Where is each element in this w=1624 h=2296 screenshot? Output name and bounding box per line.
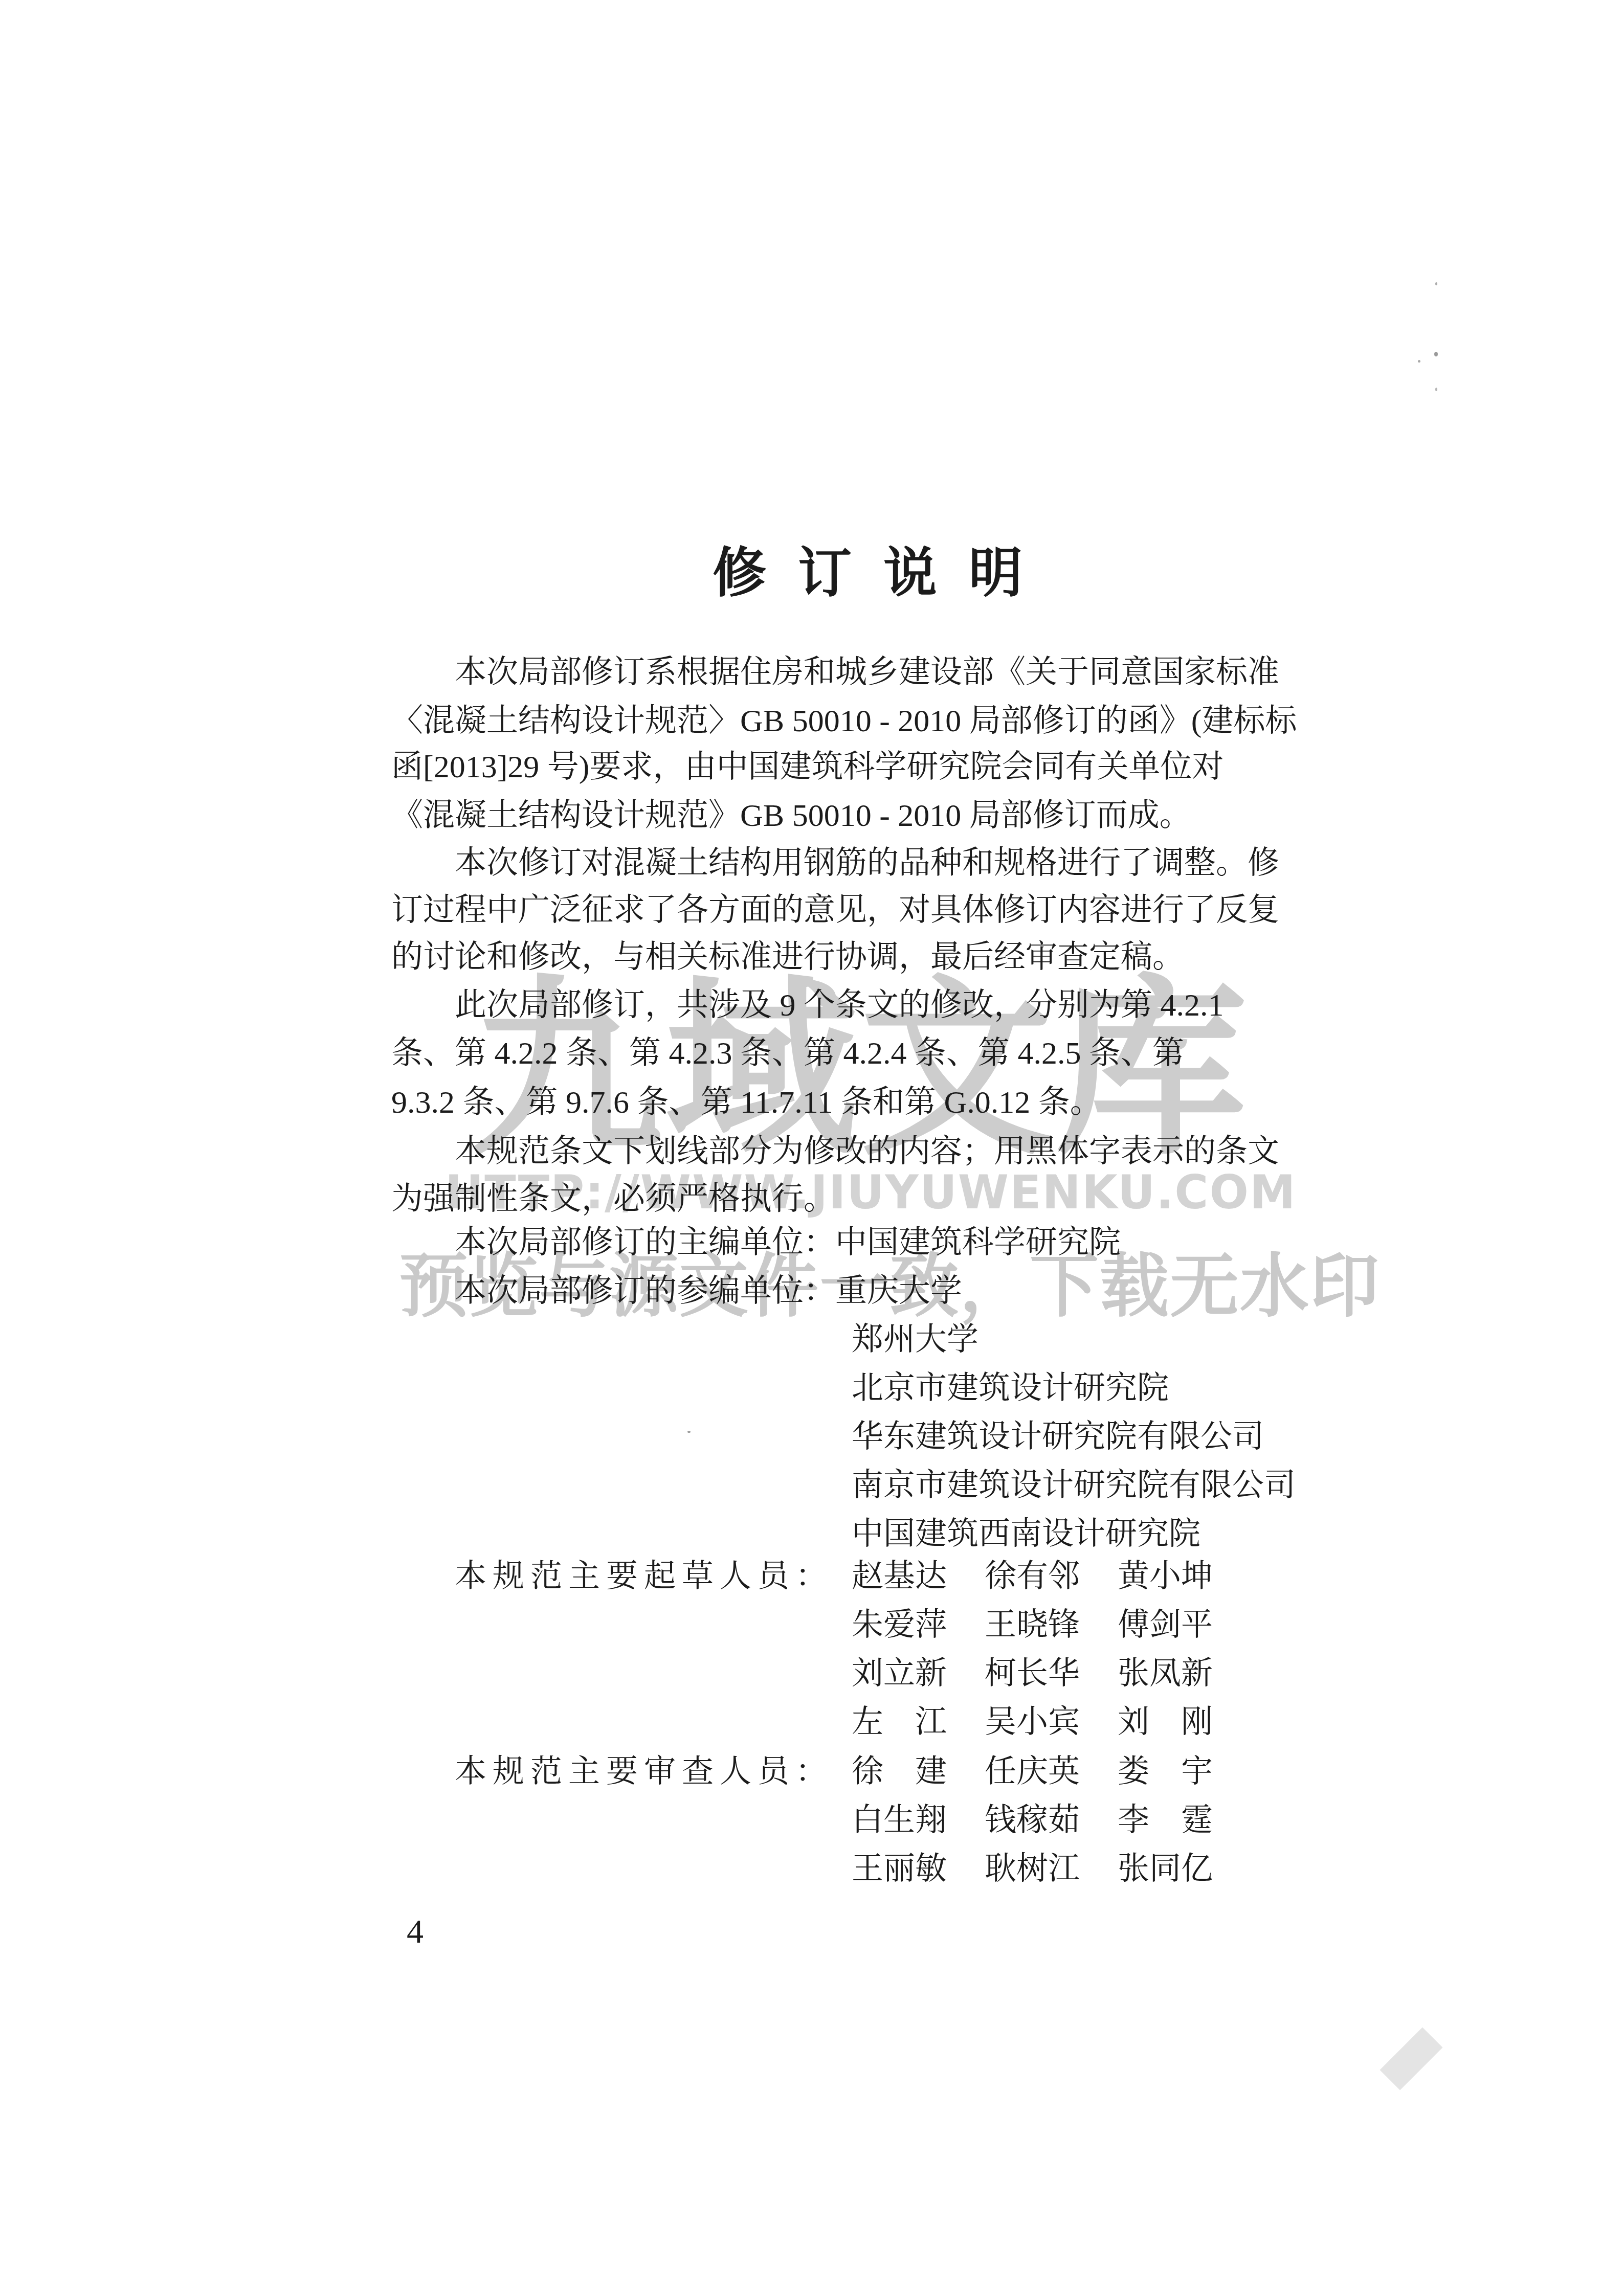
drafter-name: 柯长华 <box>985 1658 1080 1690</box>
paragraph-line: 为强制性条文，必须严格执行。 <box>391 1183 835 1215</box>
reviewer-name: 任庆英 <box>985 1756 1080 1788</box>
drafter-name: 王晓锋 <box>985 1609 1080 1641</box>
reviewer-name: 王丽敏 <box>852 1853 947 1885</box>
reviewer-name: 徐 建 <box>852 1756 947 1788</box>
drafter-name: 赵基达 <box>852 1561 947 1592</box>
paragraph-line: 〈混凝土结构设计规范〉GB 50010 - 2010 局部修订的函》(建标标 <box>391 705 1297 737</box>
reviewer-name: 张同亿 <box>1118 1853 1213 1885</box>
page-number: 4 <box>407 1915 424 1949</box>
drafter-name: 徐有邻 <box>985 1561 1080 1592</box>
paragraph-line: 本次局部修订系根据住房和城乡建设部《关于同意国家标准 <box>455 657 1279 688</box>
document-page: 九域文库 HTTP://WWW.JIUYUWENKU.COM 预览与源文件一致，… <box>0 0 1624 2296</box>
reviewer-name: 白生翔 <box>852 1805 947 1836</box>
org-item: 中国建筑西南设计研究院 <box>852 1518 1200 1550</box>
paragraph-line: 的讨论和修改，与相关标准进行协调，最后经审查定稿。 <box>391 941 1184 973</box>
scan-corner-mark <box>1380 2027 1442 2090</box>
drafter-name: 左 江 <box>852 1706 947 1738</box>
drafter-name: 刘立新 <box>852 1658 947 1690</box>
reviewers-label: 本规范主要审查人员： <box>455 1756 833 1788</box>
drafter-name: 张凤新 <box>1118 1658 1213 1690</box>
page-title: 修订说明 <box>713 546 1054 600</box>
reviewer-name: 娄 宇 <box>1118 1756 1213 1788</box>
org-item: 郑州大学 <box>852 1324 978 1356</box>
drafters-label: 本规范主要起草人员： <box>455 1561 833 1592</box>
drafter-name: 刘 刚 <box>1118 1706 1213 1738</box>
paragraph-line: 9.3.2 条、第 9.7.6 条、第 11.7.11 条和第 G.0.12 条… <box>391 1087 1102 1118</box>
paragraph-line: 《混凝土结构设计规范》GB 50010 - 2010 局部修订而成。 <box>391 800 1191 831</box>
scan-speck <box>687 1431 691 1433</box>
org-item: 南京市建筑设计研究院有限公司 <box>852 1470 1296 1501</box>
org-item: 华东建筑设计研究院有限公司 <box>852 1421 1264 1453</box>
drafter-name: 朱爱萍 <box>852 1609 947 1641</box>
paragraph-line: 本规范条文下划线部分为修改的内容；用黑体字表示的条文 <box>455 1136 1279 1167</box>
paragraph-line: 订过程中广泛征求了各方面的意见，对具体修订内容进行了反复 <box>391 894 1279 926</box>
paragraph-line: 此次局部修订，共涉及 9 个条文的修改，分别为第 4.2.1 <box>455 989 1224 1021</box>
reviewer-name: 李 霆 <box>1118 1805 1213 1836</box>
participant-editor-line: 本次局部修订的参编单位：重庆大学 <box>455 1275 962 1307</box>
drafter-name: 傅剑平 <box>1118 1609 1213 1641</box>
scan-speck <box>1418 360 1420 363</box>
reviewer-name: 钱稼茹 <box>985 1805 1080 1836</box>
paragraph-line: 本次修订对混凝土结构用钢筋的品种和规格进行了调整。修 <box>455 847 1279 879</box>
scan-speck <box>1435 388 1437 391</box>
scan-speck <box>1434 352 1438 356</box>
drafter-name: 黄小坤 <box>1118 1561 1213 1592</box>
paragraph-line: 函[2013]29 号)要求，由中国建筑科学研究院会同有关单位对 <box>391 751 1223 783</box>
drafter-name: 吴小宾 <box>985 1706 1080 1738</box>
paragraph-line: 条、第 4.2.2 条、第 4.2.3 条、第 4.2.4 条、第 4.2.5 … <box>391 1038 1184 1069</box>
chief-editor-line: 本次局部修订的主编单位：中国建筑科学研究院 <box>455 1227 1121 1258</box>
org-item: 北京市建筑设计研究院 <box>852 1372 1169 1404</box>
scan-speck <box>1435 282 1437 285</box>
reviewer-name: 耿树江 <box>985 1853 1080 1885</box>
